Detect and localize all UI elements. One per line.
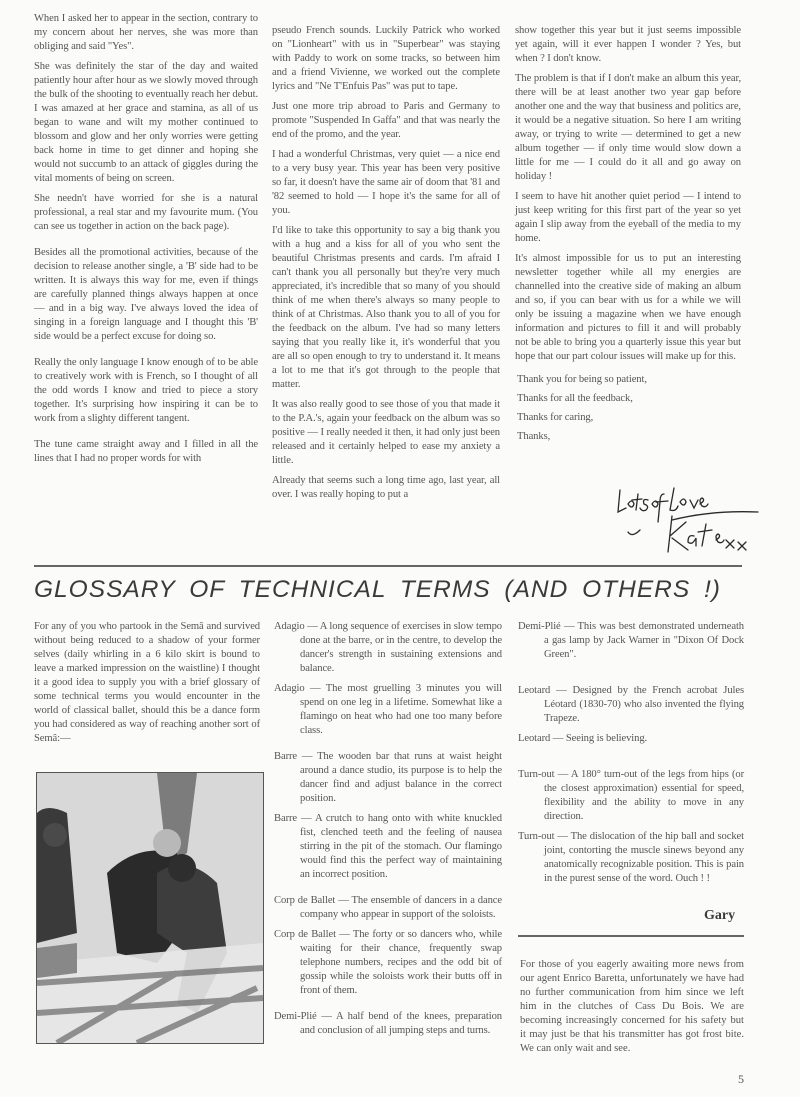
glossary-entry: Corp de Ballet — The ensemble of dancers… xyxy=(274,894,502,922)
glossary-entry: Adagio — The most gruelling 3 minutes yo… xyxy=(274,682,502,738)
section-divider xyxy=(34,565,742,567)
signature-icon: Lots of love xyxy=(612,480,762,560)
handwritten-signature: Lots of love xyxy=(612,480,762,560)
paragraph: show together this year but it just seem… xyxy=(515,24,741,66)
glossary-entry: Demi-Plié — A half bend of the knees, pr… xyxy=(274,1010,502,1038)
glossary-intro: For any of you who partook in the Semâ a… xyxy=(34,620,260,746)
glossary-entry: Leotard — Seeing is believing. xyxy=(518,732,744,746)
paragraph: Besides all the promotional activities, … xyxy=(34,246,258,344)
glossary-author: Gary xyxy=(704,908,735,924)
thanks-line: Thanks, xyxy=(517,427,741,446)
letter-column-1: When I asked her to appear in the sectio… xyxy=(34,12,258,472)
glossary-entry: Turn-out — A 180° turn-out of the legs f… xyxy=(518,768,744,824)
letter-column-3: show together this year but it just seem… xyxy=(515,24,741,446)
glossary-entry: Barre — The wooden bar that runs at wais… xyxy=(274,750,502,806)
news-divider xyxy=(518,935,744,937)
glossary-intro-column: For any of you who partook in the Semâ a… xyxy=(34,620,260,752)
thanks-line: Thanks for caring, xyxy=(517,408,741,427)
paragraph: Just one more trip abroad to Paris and G… xyxy=(272,100,500,142)
thanks-list: Thank you for being so patient, Thanks f… xyxy=(517,370,741,446)
glossary-entry: Turn-out — The dislocation of the hip ba… xyxy=(518,830,744,886)
ballet-photo xyxy=(36,772,264,1044)
paragraph: I'd like to take this opportunity to say… xyxy=(272,224,500,392)
agent-news-paragraph: For those of you eagerly awaiting more n… xyxy=(520,958,744,1056)
paragraph: I seem to have hit another quiet period … xyxy=(515,190,741,246)
thanks-line: Thanks for all the feedback, xyxy=(517,389,741,408)
page-number: 5 xyxy=(738,1072,744,1087)
letter-column-2: pseudo French sounds. Luckily Patrick wh… xyxy=(272,24,500,508)
thanks-line: Thank you for being so patient, xyxy=(517,370,741,389)
glossary-entry: Leotard — Designed by the French acrobat… xyxy=(518,684,744,726)
paragraph: She needn't have worried for she is a na… xyxy=(34,192,258,234)
glossary-entry: Demi-Plié — This was best demonstrated u… xyxy=(518,620,744,662)
paragraph: pseudo French sounds. Luckily Patrick wh… xyxy=(272,24,500,94)
paragraph: The tune came straight away and I filled… xyxy=(34,438,258,466)
svg-text:Lots of love: Lots of love xyxy=(612,480,617,481)
glossary-entry: Adagio — A long sequence of exercises in… xyxy=(274,620,502,676)
paragraph: Really the only language I know enough o… xyxy=(34,356,258,426)
paragraph: She was definitely the star of the day a… xyxy=(34,60,258,186)
paragraph: Already that seems such a long time ago,… xyxy=(272,474,500,502)
glossary-column-2: Adagio — A long sequence of exercises in… xyxy=(274,620,502,1044)
paragraph: I had a wonderful Christmas, very quiet … xyxy=(272,148,500,218)
paragraph: It's almost impossible for us to put an … xyxy=(515,252,741,364)
photo-image-icon xyxy=(37,773,263,1043)
paragraph: It was also really good to see those of … xyxy=(272,398,500,468)
paragraph: When I asked her to appear in the sectio… xyxy=(34,12,258,54)
glossary-column-3: Demi-Plié — This was best demonstrated u… xyxy=(518,620,744,892)
glossary-entry: Corp de Ballet — The forty or so dancers… xyxy=(274,928,502,998)
glossary-entry: Barre — A crutch to hang onto with white… xyxy=(274,812,502,882)
paragraph: The problem is that if I don't make an a… xyxy=(515,72,741,184)
glossary-title: GLOSSARY OF TECHNICAL TERMS (AND OTHERS … xyxy=(34,576,754,604)
